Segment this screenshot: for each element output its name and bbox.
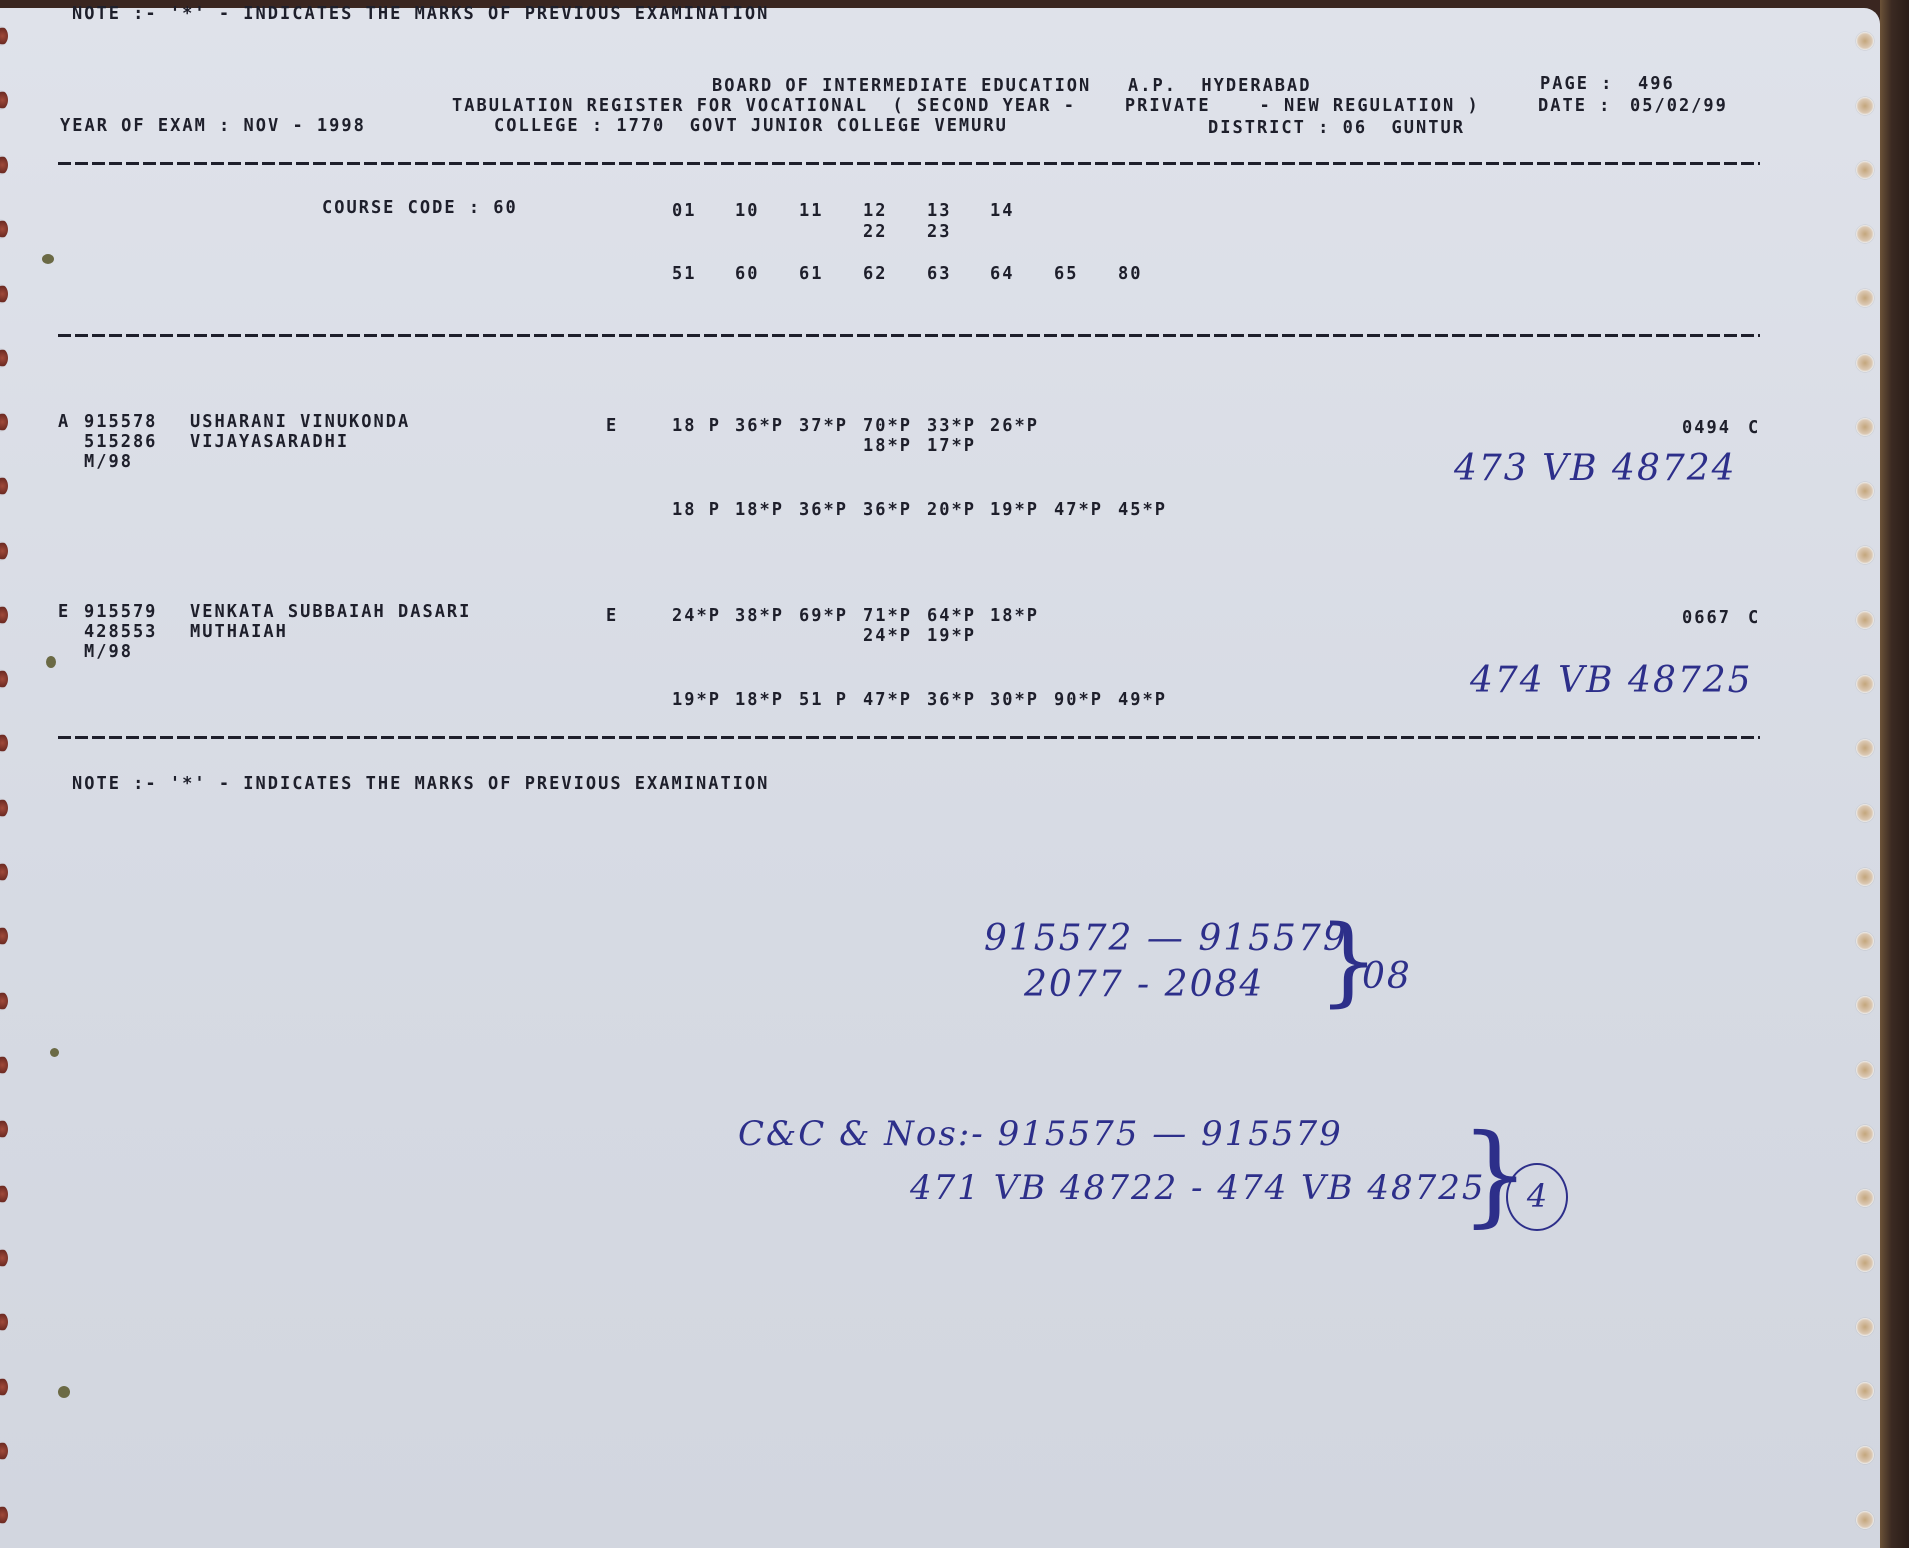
total-marks: 0667	[1682, 608, 1731, 629]
dashed-divider	[58, 334, 1760, 337]
feed-hole-icon	[0, 1055, 8, 1075]
feed-hole-icon	[0, 1184, 8, 1204]
feed-hole-icon	[1856, 1382, 1874, 1400]
feed-hole-icon	[0, 926, 8, 946]
year-of-exam: YEAR OF EXAM : NOV - 1998	[60, 116, 366, 137]
feed-hole-icon	[1856, 739, 1874, 757]
feed-hole-icon	[0, 862, 8, 882]
mark: 36*P	[863, 500, 912, 521]
mark: 24*P	[863, 626, 912, 647]
tabulation-register-sheet: NOTE :- '*' - INDICATES THE MARKS OF PRE…	[0, 8, 1880, 1548]
session: M/98	[84, 642, 133, 663]
report-date: 05/02/99	[1630, 96, 1728, 117]
record-prefix: E	[58, 602, 70, 623]
feed-hole-icon	[1856, 932, 1874, 950]
mark: 49*P	[1118, 690, 1167, 711]
stain-mark	[46, 656, 56, 668]
subject-code: 65	[1054, 264, 1078, 285]
feed-hole-icon	[1856, 1511, 1874, 1529]
feed-hole-icon	[0, 90, 8, 110]
mark: 18*P	[735, 690, 784, 711]
mark: 18*P	[863, 436, 912, 457]
mark: 19*P	[927, 626, 976, 647]
mark: 45*P	[1118, 500, 1167, 521]
subject-code: 14	[990, 201, 1014, 222]
cc-count-circled: 4	[1506, 1163, 1568, 1231]
feed-hole-icon	[1856, 32, 1874, 50]
student-name: VENKATA SUBBAIAH DASARI	[190, 602, 471, 623]
subject-code: 22	[863, 222, 887, 243]
bottom-note: NOTE :- '*' - INDICATES THE MARKS OF PRE…	[72, 774, 769, 795]
stain-mark	[42, 254, 54, 264]
subject-code: 13	[927, 201, 951, 222]
mark: 18 P	[672, 416, 721, 437]
register-title: TABULATION REGISTER FOR VOCATIONAL ( SEC…	[452, 96, 1480, 117]
feed-hole-icon	[0, 541, 8, 561]
subject-code: 63	[927, 264, 951, 285]
subject-code: 01	[672, 201, 696, 222]
cc-range: C&C & Nos:- 915575 — 915579	[738, 1114, 1343, 1154]
feed-hole-icon	[0, 1377, 8, 1397]
mark: 90*P	[1054, 690, 1103, 711]
page-number: 496	[1638, 74, 1675, 95]
subject-code: 11	[799, 201, 823, 222]
cc-certificate-range: 471 VB 48722 - 474 VB 48725	[910, 1168, 1486, 1208]
feed-hole-icon	[1856, 1189, 1874, 1207]
mark: 69*P	[799, 606, 848, 627]
subject-code: 61	[799, 264, 823, 285]
reference-number: 515286	[84, 432, 157, 453]
feed-hole-icon	[1856, 804, 1874, 822]
mark: 51 P	[799, 690, 848, 711]
course-code-label: COURSE CODE : 60	[322, 198, 518, 219]
feed-hole-icon	[1856, 1446, 1874, 1464]
mark: 26*P	[990, 416, 1039, 437]
feed-hole-icon	[0, 669, 8, 689]
record-prefix: A	[58, 412, 70, 433]
feed-hole-icon	[1856, 482, 1874, 500]
feed-hole-icon	[1856, 354, 1874, 372]
page-label: PAGE :	[1540, 74, 1613, 95]
dashed-divider	[58, 162, 1760, 165]
mark: 18*P	[735, 500, 784, 521]
mark: 24*P	[672, 606, 721, 627]
hall-ticket-range: 915572 — 915579	[984, 918, 1348, 959]
feed-hole-icon	[1856, 1125, 1874, 1143]
mark: 71*P	[863, 606, 912, 627]
feed-hole-icon	[1856, 546, 1874, 564]
mark: 18*P	[990, 606, 1039, 627]
result-class: C	[1748, 418, 1760, 439]
feed-hole-icon	[1856, 996, 1874, 1014]
stain-mark	[50, 1048, 59, 1057]
feed-hole-icon	[1856, 611, 1874, 629]
mark: 36*P	[927, 690, 976, 711]
feed-hole-icon	[1856, 868, 1874, 886]
feed-hole-icon	[1856, 418, 1874, 436]
mark: 30*P	[990, 690, 1039, 711]
mark: 37*P	[799, 416, 848, 437]
father-name: MUTHAIAH	[190, 622, 288, 643]
mark: 64*P	[927, 606, 976, 627]
board-title: BOARD OF INTERMEDIATE EDUCATION A.P. HYD…	[712, 76, 1312, 97]
feed-hole-icon	[1856, 675, 1874, 693]
date-label: DATE :	[1538, 96, 1611, 117]
feed-hole-icon	[1856, 1254, 1874, 1272]
subject-code: 64	[990, 264, 1014, 285]
feed-hole-icon	[1856, 289, 1874, 307]
student-name: USHARANI VINUKONDA	[190, 412, 410, 433]
feed-hole-icon	[1856, 225, 1874, 243]
mark: 47*P	[863, 690, 912, 711]
top-note: NOTE :- '*' - INDICATES THE MARKS OF PRE…	[72, 4, 769, 25]
mark: 36*P	[735, 416, 784, 437]
feed-hole-icon	[0, 1312, 8, 1332]
hall-ticket-number: 915579	[84, 602, 157, 623]
reference-number: 428553	[84, 622, 157, 643]
mark: 17*P	[927, 436, 976, 457]
subject-code: 60	[735, 264, 759, 285]
serial-range: 2077 - 2084	[1024, 964, 1264, 1005]
session: M/98	[84, 452, 133, 473]
mark: 70*P	[863, 416, 912, 437]
feed-hole-icon	[0, 733, 8, 753]
feed-hole-icon	[0, 155, 8, 175]
medium: E	[606, 606, 618, 627]
mark: 47*P	[1054, 500, 1103, 521]
feed-hole-icon	[0, 219, 8, 239]
feed-hole-icon	[0, 26, 8, 46]
subject-code: 51	[672, 264, 696, 285]
range-count: 08	[1362, 956, 1412, 997]
dashed-divider	[58, 736, 1760, 739]
father-name: VIJAYASARADHI	[190, 432, 349, 453]
stain-mark	[58, 1386, 70, 1398]
mark: 38*P	[735, 606, 784, 627]
feed-hole-icon	[0, 476, 8, 496]
subject-code: 23	[927, 222, 951, 243]
total-marks: 0494	[1682, 418, 1731, 439]
feed-hole-icon	[0, 1119, 8, 1139]
feed-hole-icon	[1856, 1061, 1874, 1079]
hall-ticket-number: 915578	[84, 412, 157, 433]
feed-hole-icon	[0, 348, 8, 368]
handwritten-certificate-no: 473 VB 48724	[1454, 448, 1737, 489]
feed-hole-icon	[0, 412, 8, 432]
college-info: COLLEGE : 1770 GOVT JUNIOR COLLEGE VEMUR…	[494, 116, 1008, 137]
handwritten-certificate-no: 474 VB 48725	[1470, 660, 1753, 701]
feed-hole-icon	[1856, 1318, 1874, 1336]
mark: 36*P	[799, 500, 848, 521]
mark: 19*P	[672, 690, 721, 711]
feed-hole-icon	[0, 1441, 8, 1461]
feed-hole-icon	[1856, 97, 1874, 115]
district-info: DISTRICT : 06 GUNTUR	[1208, 118, 1465, 139]
feed-hole-icon	[0, 1248, 8, 1268]
medium: E	[606, 416, 618, 437]
subject-code: 62	[863, 264, 887, 285]
feed-hole-icon	[0, 798, 8, 818]
mark: 18 P	[672, 500, 721, 521]
binder-edge	[1880, 0, 1909, 1548]
mark: 20*P	[927, 500, 976, 521]
subject-code: 80	[1118, 264, 1142, 285]
mark: 19*P	[990, 500, 1039, 521]
feed-hole-icon	[0, 605, 8, 625]
feed-hole-icon	[1856, 161, 1874, 179]
mark: 33*P	[927, 416, 976, 437]
feed-hole-icon	[0, 1505, 8, 1525]
feed-hole-icon	[0, 991, 8, 1011]
result-class: C	[1748, 608, 1760, 629]
feed-hole-icon	[0, 284, 8, 304]
subject-code: 12	[863, 201, 887, 222]
subject-code: 10	[735, 201, 759, 222]
